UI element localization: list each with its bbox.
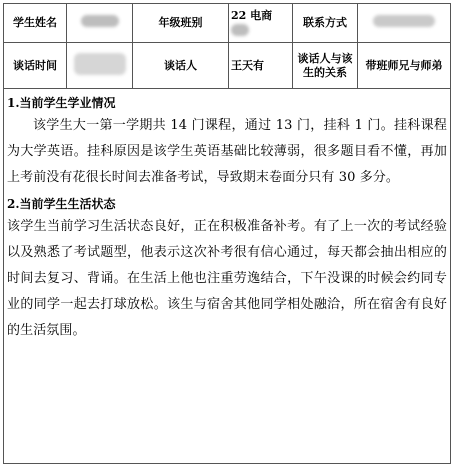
interview-record-form: 学生姓名 年级班别 22 电商 联系方式 谈话时间 谈话人 王天有 谈话人与该生… [3,3,451,464]
class-value: 22 电商 [229,4,293,43]
redacted-class [231,24,249,36]
class-label: 年级班别 [133,4,229,43]
info-row-2: 谈话时间 谈话人 王天有 谈话人与该生的关系 带班师兄与师弟 [4,43,451,89]
relation-value: 带班师兄与师弟 [358,43,451,89]
info-table: 学生姓名 年级班别 22 电商 联系方式 谈话时间 谈话人 王天有 谈话人与该生… [3,3,451,89]
redacted-time [74,53,126,75]
record-body: 1.当前学生学业情况 该学生大一第一学期共 14 门课程，通过 13 门，挂科 … [4,90,450,344]
info-row-1: 学生姓名 年级班别 22 电商 联系方式 [4,4,451,43]
section-title-academic: 1.当前学生学业情况 [7,95,447,111]
redacted-contact [373,15,435,27]
relation-label: 谈话人与该生的关系 [293,43,358,89]
talker-label: 谈话人 [133,43,229,89]
contact-value [358,4,451,43]
student-name-label: 学生姓名 [4,4,67,43]
contact-label: 联系方式 [293,4,358,43]
class-value-text: 22 电商 [231,9,272,22]
talk-time-label: 谈话时间 [4,43,67,89]
section-text-life: 该学生当前学习生活状态良好，正在积极准备补考。有了上一次的考试经验以及熟悉了考试… [7,214,447,344]
talk-time-value [67,43,133,89]
section-text-academic: 该学生大一第一学期共 14 门课程，通过 13 门，挂科 1 门。挂科课程为大学… [7,113,447,191]
student-name-value [67,4,133,43]
talker-value: 王天有 [229,43,293,89]
section-title-life: 2.当前学生生活状态 [7,196,447,212]
redacted-name [81,15,119,27]
